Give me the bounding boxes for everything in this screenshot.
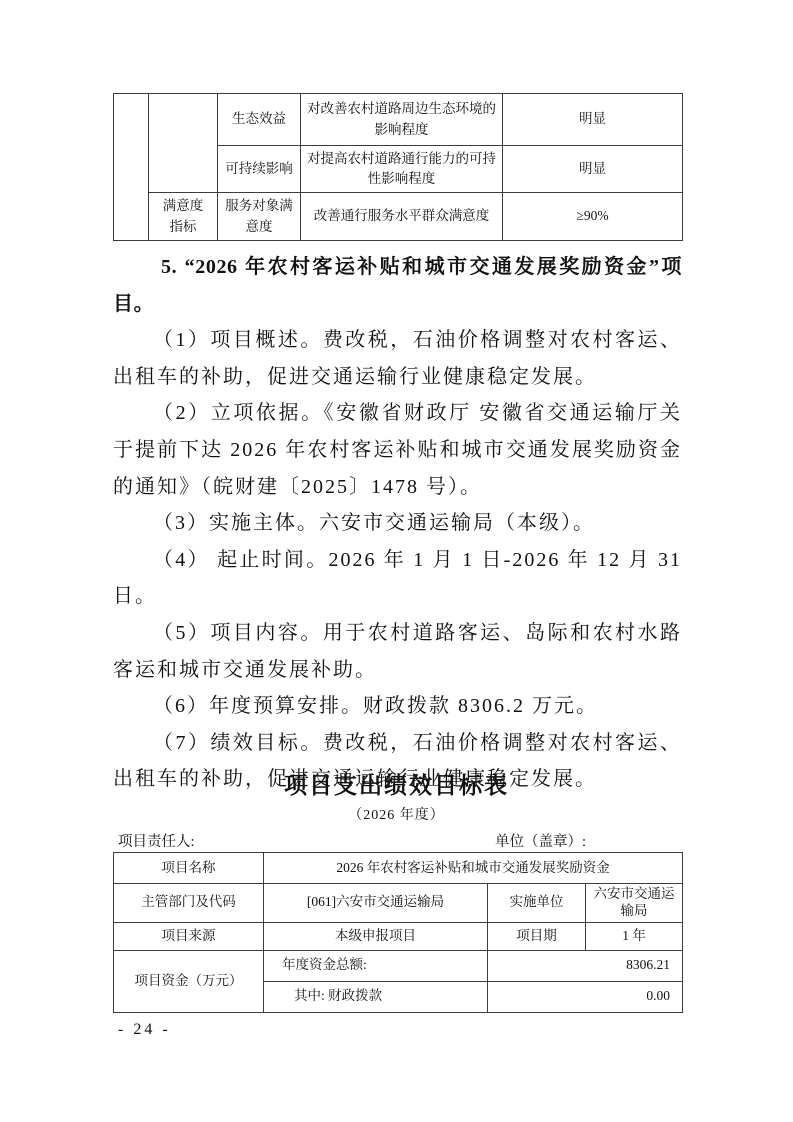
cell-indicator-name: 服务对象满意度 bbox=[218, 193, 301, 241]
page-number: - 24 - bbox=[118, 1021, 171, 1039]
cell-funds-label: 项目资金（万元） bbox=[114, 950, 264, 1012]
cell-fiscal-label: 其中: 财政拨款 bbox=[264, 981, 488, 1012]
cell-category-empty bbox=[114, 94, 149, 241]
cell-indicator-description: 对提高农村道路通行能力的可持性影响程度 bbox=[301, 146, 503, 193]
cell-indicator-value: 明显 bbox=[503, 94, 683, 146]
cell-satisfaction-group: 满意度指标 bbox=[149, 193, 218, 241]
cell-source-label: 项目来源 bbox=[114, 922, 264, 950]
goal-table-year: （2026 年度） bbox=[0, 804, 793, 824]
section-heading: 5. “2026 年农村客运补贴和城市交通发展奖励资金”项目。 bbox=[113, 249, 682, 322]
paragraph-budget: （6）年度预算安排。财政拨款 8306.2 万元。 bbox=[113, 688, 682, 725]
cell-fiscal-value: 0.00 bbox=[488, 981, 683, 1012]
body-text: 5. “2026 年农村客运补贴和城市交通发展奖励资金”项目。 （1）项目概述。… bbox=[113, 249, 682, 798]
goal-table: 项目名称 2026 年农村客运补贴和城市交通发展奖励资金 主管部门及代码 [06… bbox=[113, 852, 683, 1013]
cell-source: 本级申报项目 bbox=[264, 922, 488, 950]
cell-impl: 六安市交通运输局 bbox=[586, 884, 683, 923]
paragraph-implementer: （3）实施主体。六安市交通运输局（本级）。 bbox=[113, 505, 682, 542]
paragraph-basis: （2）立项依据。《安徽省财政厅 安徽省交通运输厅关于提前下达 2026 年农村客… bbox=[113, 395, 682, 505]
document-page: 生态效益 对改善农村道路周边生态环境的影响程度 明显 可持续影响 对提高农村道路… bbox=[0, 0, 793, 1122]
cell-indicator-value: ≥90% bbox=[503, 193, 683, 241]
cell-impl-label: 实施单位 bbox=[488, 884, 586, 923]
paragraph-overview: （1）项目概述。费改税，石油价格调整对农村客运、出租车的补助，促进交通运输行业健… bbox=[113, 322, 682, 395]
cell-total-value: 8306.21 bbox=[488, 950, 683, 981]
cell-indicator-description: 对改善农村道路周边生态环境的影响程度 bbox=[301, 94, 503, 146]
cell-indicator-name: 生态效益 bbox=[218, 94, 301, 146]
cell-dept-label: 主管部门及代码 bbox=[114, 884, 264, 923]
cell-indicator-description: 改善通行服务水平群众满意度 bbox=[301, 193, 503, 241]
cell-indicator-name: 可持续影响 bbox=[218, 146, 301, 193]
cell-project-name-label: 项目名称 bbox=[114, 853, 264, 884]
responsible-person-label: 项目责任人: bbox=[118, 830, 195, 851]
indicator-table: 生态效益 对改善农村道路周边生态环境的影响程度 明显 可持续影响 对提高农村道路… bbox=[113, 93, 683, 241]
cell-dept: [061]六安市交通运输局 bbox=[264, 884, 488, 923]
paragraph-content: （5）项目内容。用于农村道路客运、岛际和农村水路客运和城市交通发展补助。 bbox=[113, 615, 682, 688]
cell-period: 1 年 bbox=[586, 922, 683, 950]
cell-period-label: 项目期 bbox=[488, 922, 586, 950]
cell-indicator-value: 明显 bbox=[503, 146, 683, 193]
goal-table-title: 项目支出绩效目标表 bbox=[0, 767, 793, 800]
cell-project-name: 2026 年农村客运补贴和城市交通发展奖励资金 bbox=[264, 853, 683, 884]
unit-seal-label: 单位（盖章）: bbox=[495, 830, 586, 851]
cell-group-empty bbox=[149, 94, 218, 193]
paragraph-duration: （4） 起止时间。2026 年 1 月 1 日-2026 年 12 月 31 日… bbox=[113, 542, 682, 615]
cell-total-label: 年度资金总额: bbox=[264, 950, 488, 981]
